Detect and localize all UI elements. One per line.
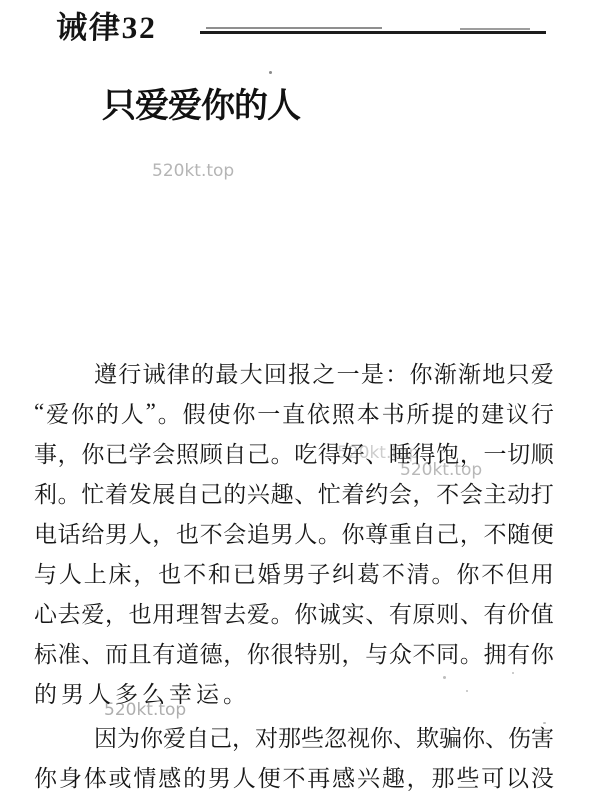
header-rule-shadow <box>206 27 382 29</box>
text-line: 电话给男人，也不会追男人。你尊重自己，不随便 <box>34 512 554 552</box>
text-line: 标准、而且有道德，你很特别，与众不同。拥有你 <box>34 632 554 672</box>
text-line: 事，你已学会照顾自己。吃得好、睡得饱，一切顺 <box>34 432 554 472</box>
text-line: 的男人多么幸运。 <box>34 672 554 712</box>
book-page-scan: 诫律32 只爱爱你的人 520kt.top 520kt.top 520kt.to… <box>0 0 600 802</box>
body-paragraph-1: 遵行诫律的最大回报之一是：你渐渐地只爱 “爱你的人”。假使你一直依照本书所提的建… <box>34 352 554 712</box>
text-line: 利。忙着发展自己的兴趣、忙着约会，不会主动打 <box>34 472 554 512</box>
page-title: 只爱爱你的人 <box>102 78 300 127</box>
text-line: 与人上床，也不和已婚男子纠葛不清。你不但用 <box>34 552 554 592</box>
body-paragraph-2: 因为你爱自己，对那些忽视你、欺骗你、伤害 你身体或情感的男人便不再感兴趣，那些可… <box>34 716 554 796</box>
text-line: 因为你爱自己，对那些忽视你、欺骗你、伤害 <box>34 716 554 756</box>
header-rule <box>200 31 546 34</box>
header-rule-shadow <box>460 28 530 30</box>
text-line: 遵行诫律的最大回报之一是：你渐渐地只爱 <box>34 352 554 392</box>
chapter-label: 诫律32 <box>55 2 158 47</box>
text-line: “爱你的人”。假使你一直依照本书所提的建议行 <box>34 392 554 432</box>
text-line: 你身体或情感的男人便不再感兴趣，那些可以没 <box>34 756 554 796</box>
scan-speck <box>269 71 272 74</box>
text-line: 心去爱，也用理智去爱。你诚实、有原则、有价值 <box>34 592 554 632</box>
watermark-text: 520kt.top <box>152 161 234 181</box>
